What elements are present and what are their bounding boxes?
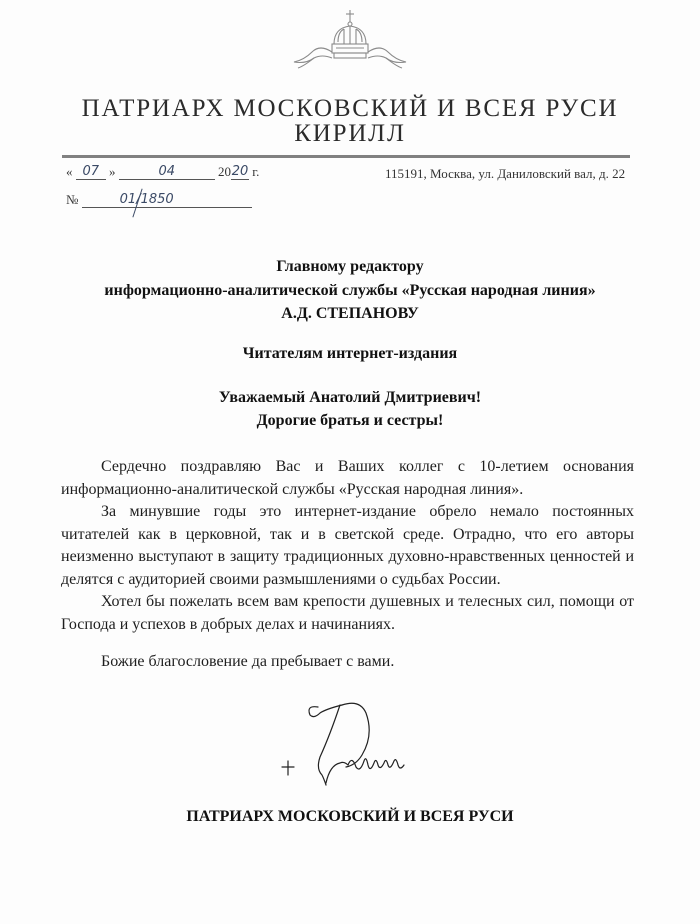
recipient-name: А.Д. СТЕПАНОВУ <box>0 305 700 323</box>
date-field: « 07 » 04 2020 г. <box>66 164 259 180</box>
date-year-prefix: 20 <box>218 164 231 179</box>
body-paragraph: Сердечно поздравляю Вас и Ваших коллег с… <box>61 456 634 501</box>
document-number-value: 01/1850 <box>120 192 174 207</box>
number-label: № <box>66 192 78 207</box>
secondary-recipient: Читателям интернет-издания <box>0 345 700 363</box>
crown-crest-icon <box>290 4 410 74</box>
letterhead-divider <box>62 155 630 158</box>
address: 115191, Москва, ул. Даниловский вал, д. … <box>385 166 625 182</box>
date-day: 07 <box>76 165 106 180</box>
date-year-unit: г. <box>252 164 259 179</box>
document-number: 01/1850 <box>82 193 252 208</box>
date-year-suffix: 20 <box>231 165 249 180</box>
letterhead-title: ПАТРИАРХ МОСКОВСКИЙ И ВСЕЯ РУСИ <box>0 95 700 123</box>
body-paragraph: Хотел бы пожелать всем вам крепости душе… <box>61 591 634 636</box>
recipient-title: Главному редактору <box>0 258 700 276</box>
letterhead-name: КИРИЛЛ <box>0 120 700 148</box>
document-number-field: № 01/1850 <box>66 192 252 208</box>
salutation-personal: Уважаемый Анатолий Дмитриевич! <box>0 389 700 407</box>
closing-blessing: Божие благословение да пребывает с вами. <box>101 653 394 671</box>
signature-icon <box>270 695 420 790</box>
recipient-organization: информационно-аналитической службы «Русс… <box>0 282 700 300</box>
date-open-quote: « <box>66 164 73 179</box>
date-close-quote: » <box>109 164 116 179</box>
letter-page: ПАТРИАРХ МОСКОВСКИЙ И ВСЕЯ РУСИ КИРИЛЛ «… <box>0 0 700 924</box>
body-paragraph: За минувшие годы это интернет-издание об… <box>61 501 634 591</box>
salutation-general: Дорогие братья и сестры! <box>0 412 700 430</box>
date-month: 04 <box>119 165 215 180</box>
letter-body: Сердечно поздравляю Вас и Ваших коллег с… <box>61 456 634 636</box>
footer-signatory-title: ПАТРИАРХ МОСКОВСКИЙ И ВСЕЯ РУСИ <box>0 808 700 826</box>
